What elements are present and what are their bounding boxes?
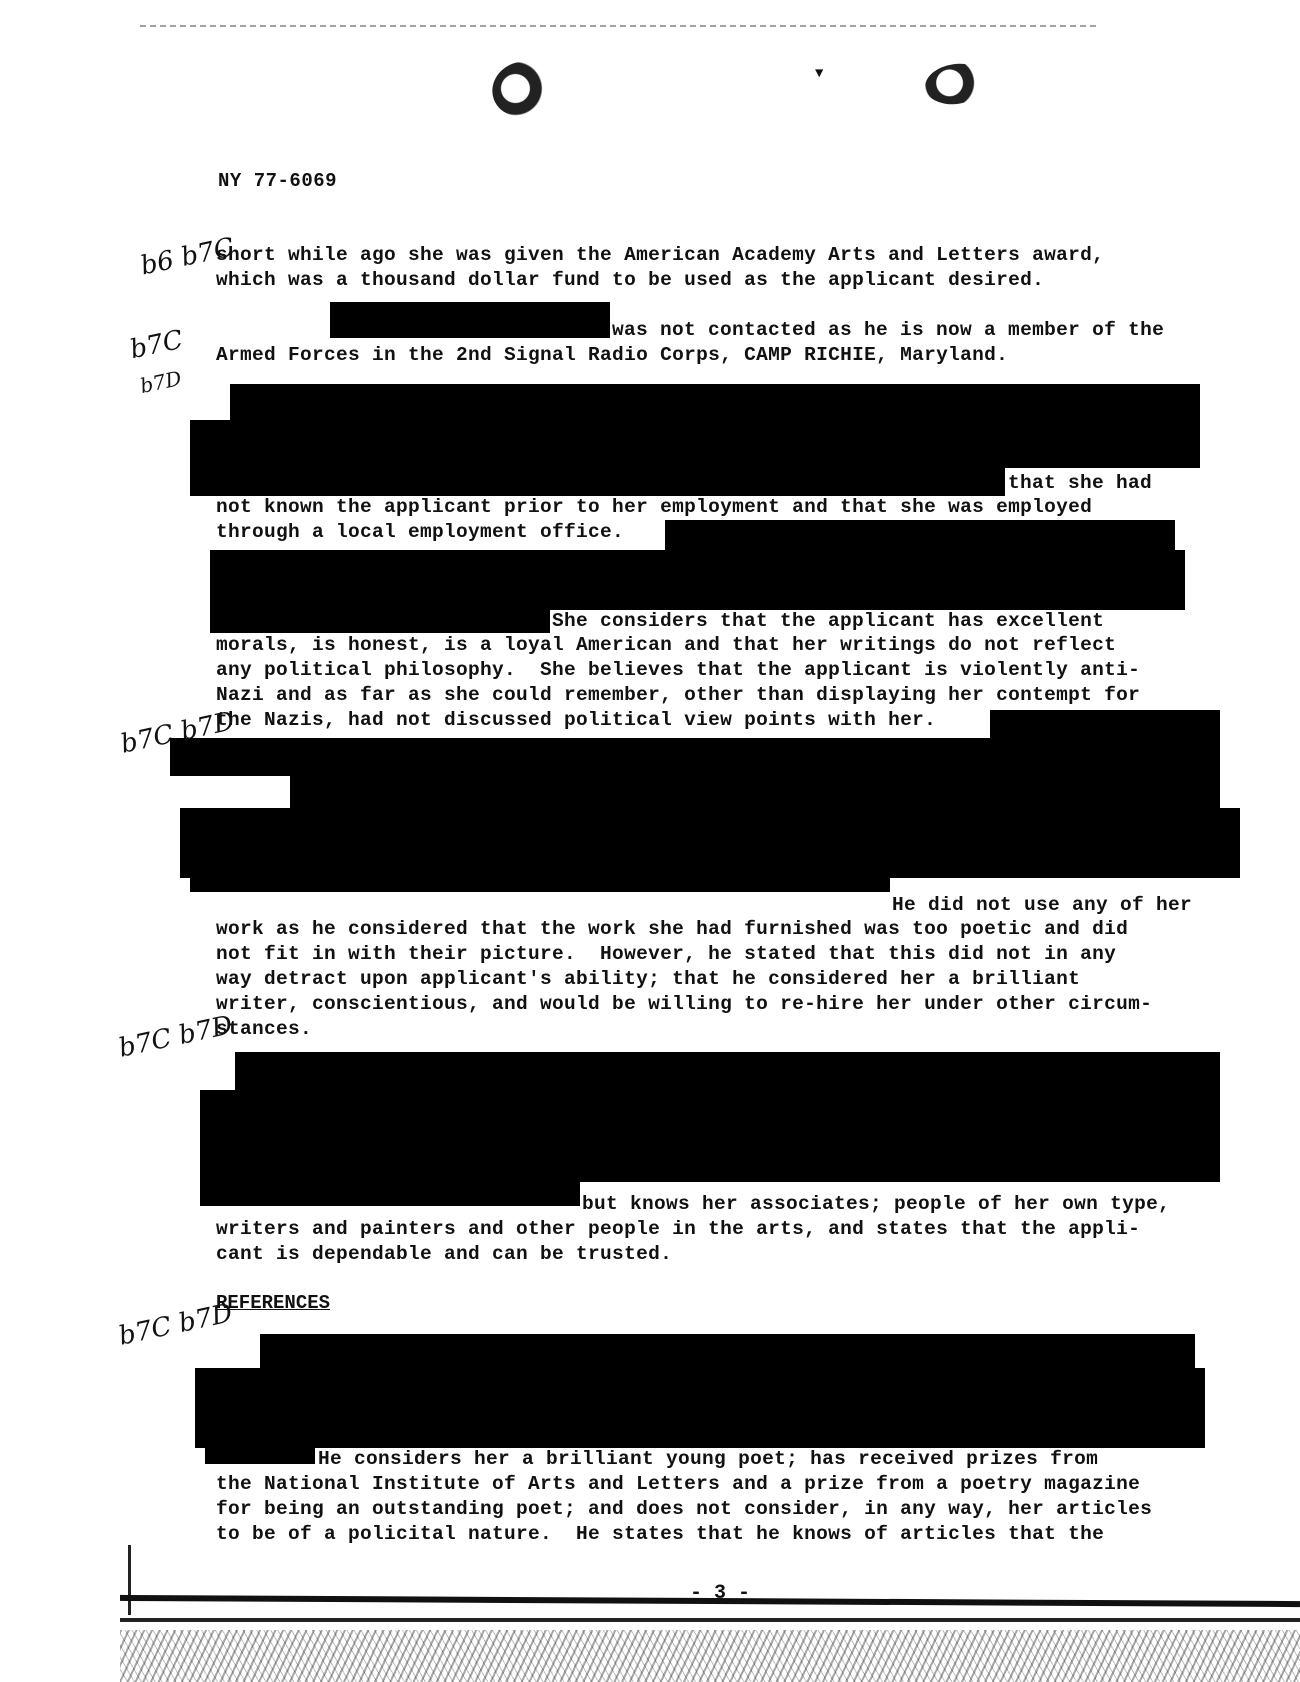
text-line: for being an outstanding poet; and does … xyxy=(216,1497,1152,1521)
text-line: Armed Forces in the 2nd Signal Radio Cor… xyxy=(216,343,1008,367)
left-border-artifact xyxy=(128,1545,131,1615)
redaction-block xyxy=(200,1090,1220,1182)
redaction-block xyxy=(290,772,1220,812)
redaction-block xyxy=(170,738,1220,776)
text-line: through a local employment office. xyxy=(216,520,624,544)
margin-note: b7C xyxy=(127,325,185,365)
margin-note: b7C b7D xyxy=(116,1010,235,1063)
text-line: work as he considered that the work she … xyxy=(216,917,1128,941)
text-line: any political philosophy. She believes t… xyxy=(216,658,1140,682)
text-line: writers and painters and other people in… xyxy=(216,1217,1140,1241)
section-heading: REFERENCES xyxy=(216,1292,330,1314)
text-line: to be of a policital nature. He states t… xyxy=(216,1522,1104,1546)
top-edge-artifact xyxy=(140,25,1100,27)
text-line: was not contacted as he is now a member … xyxy=(612,318,1164,342)
document-page: ▼ NY 77-6069 short while ago she was giv… xyxy=(0,0,1300,1682)
redaction-block xyxy=(330,302,610,338)
redaction-block xyxy=(230,384,1200,424)
text-line: cant is dependable and can be trusted. xyxy=(216,1242,672,1266)
text-line: which was a thousand dollar fund to be u… xyxy=(216,268,1044,292)
text-line: but knows her associates; people of her … xyxy=(582,1192,1170,1216)
text-line: morals, is honest, is a loyal American a… xyxy=(216,633,1116,657)
bottom-border-line xyxy=(120,1618,1300,1622)
text-line: the Nazis, had not discussed political v… xyxy=(216,708,936,732)
redaction-block xyxy=(190,460,1005,496)
text-line: way detract upon applicant's ability; th… xyxy=(216,967,1080,991)
redaction-block xyxy=(190,870,890,892)
text-line: not known the applicant prior to her emp… xyxy=(216,495,1092,519)
text-line: He did not use any of her xyxy=(892,893,1192,917)
text-line: the National Institute of Arts and Lette… xyxy=(216,1472,1140,1496)
text-line: not fit in with their picture. However, … xyxy=(216,942,1116,966)
text-line: writer, conscientious, and would be will… xyxy=(216,992,1152,1016)
redaction-block xyxy=(200,1178,580,1206)
margin-note: b7D xyxy=(138,366,184,398)
text-line: She considers that the applicant has exc… xyxy=(552,609,1104,633)
punch-hole-left xyxy=(485,53,560,124)
margin-note: b7C b7D xyxy=(116,1298,235,1351)
tick-mark: ▼ xyxy=(815,66,823,82)
redaction-block xyxy=(195,1368,1205,1448)
scan-noise xyxy=(120,1630,1300,1682)
redaction-block xyxy=(180,808,1240,878)
punch-hole-right xyxy=(923,60,990,108)
redaction-block xyxy=(210,550,1185,610)
text-line: He considers her a brilliant young poet;… xyxy=(318,1447,1098,1471)
redaction-block xyxy=(205,1440,315,1464)
file-number: NY 77-6069 xyxy=(218,170,337,192)
redaction-block xyxy=(210,605,550,633)
text-line: that she had xyxy=(1008,471,1152,495)
text-line: Nazi and as far as she could remember, o… xyxy=(216,683,1140,707)
text-line: short while ago she was given the Americ… xyxy=(216,243,1104,267)
